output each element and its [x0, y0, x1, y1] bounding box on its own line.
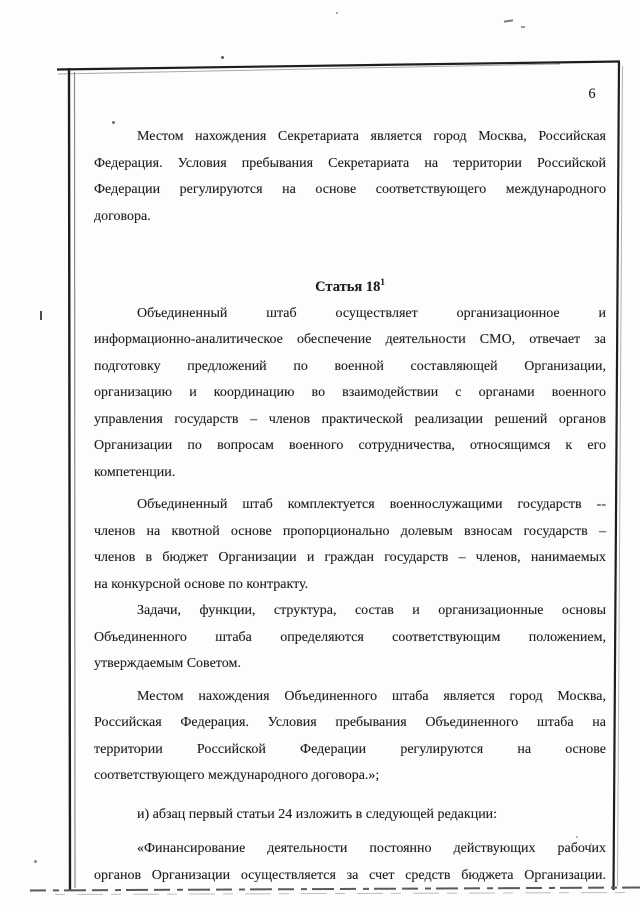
- paragraph-joint-staff-staffing: Объединенный штаб комплектуется военносл…: [94, 492, 606, 598]
- article-heading-superscript: 1: [380, 277, 385, 287]
- scan-border-left-shadow: [75, 72, 76, 888]
- paragraph-joint-staff-structure: Задачи, функции, структура, состав и орг…: [94, 598, 606, 678]
- scanned-page: 6 Местом нахождения Секретариата являетс…: [0, 0, 640, 905]
- paragraph-financing: «Финансирование деятельности постоянно д…: [94, 836, 606, 889]
- paragraph-joint-staff-location: Местом нахождения Объединенного штаба яв…: [94, 684, 606, 790]
- scan-speck: [34, 860, 37, 863]
- scan-speck: [521, 26, 525, 28]
- text-line: Российская Федерация. Условия пребывания…: [94, 710, 606, 737]
- page-number: 6: [580, 86, 604, 103]
- article-heading: Статья 181: [94, 274, 606, 301]
- text-line: Объединенный штаб осуществляет организац…: [94, 301, 606, 328]
- text-line: подготовку предложений по военной состав…: [94, 354, 606, 381]
- text-line: Объединенного штаба определяются соответ…: [94, 625, 606, 652]
- text-line: Задачи, функции, структура, состав и орг…: [94, 598, 606, 625]
- scan-border-right: [614, 62, 620, 890]
- text-line: Организации по вопросам военного сотрудн…: [94, 433, 606, 460]
- text-line: «Финансирование деятельности постоянно д…: [94, 836, 606, 863]
- text-line: территории Российской Федерации регулиру…: [94, 737, 606, 764]
- text-line: утверждаемым Советом.: [94, 651, 606, 678]
- text-line: Местом нахождения Объединенного штаба яв…: [94, 684, 606, 711]
- scan-border-top-shadow: [58, 64, 560, 74]
- paragraph-joint-staff-functions: Объединенный штаб осуществляет организац…: [94, 301, 606, 487]
- text-line: управления государств – членов практичес…: [94, 407, 606, 434]
- text-line: компетенции.: [94, 460, 606, 487]
- text-line: Объединенный штаб комплектуется военносл…: [94, 492, 606, 519]
- text-line: организацию и координацию во взаимодейст…: [94, 380, 606, 407]
- text-line: членов в бюджет Организации и граждан го…: [94, 545, 606, 572]
- text-line: органов Организации осуществляется за сч…: [94, 863, 606, 890]
- paragraph-amendment-clause: и) абзац первый статьи 24 изложить в сле…: [94, 802, 606, 829]
- scan-border-right-shadow: [618, 66, 623, 886]
- scan-speck: [221, 56, 224, 59]
- text-line: Федерация. Условия пребывания Секретариа…: [94, 151, 606, 178]
- scan-speck: [336, 12, 338, 14]
- text-line: членов на квотной основе пропорционально…: [94, 519, 606, 546]
- scan-border-top: [57, 62, 620, 70]
- text-line: соответствующего международного договора…: [94, 763, 606, 790]
- scan-border-left: [69, 68, 70, 890]
- article-heading-text: Статья 18: [315, 279, 380, 295]
- scan-speck: [40, 311, 42, 320]
- text-line: Федерации регулируются на основе соответ…: [94, 177, 606, 204]
- paragraph-secretariat-location: Местом нахождения Секретариата является …: [94, 124, 606, 230]
- document-body: Местом нахождения Секретариата является …: [94, 124, 606, 889]
- scan-cutoff-dashed-shadow: [55, 893, 635, 895]
- text-line: информационно-аналитическое обеспечение …: [94, 327, 606, 354]
- text-line: Местом нахождения Секретариата является …: [94, 124, 606, 151]
- scan-speck: [504, 19, 513, 22]
- text-line: на конкурсной основе по контракту.: [94, 572, 606, 599]
- text-line: договора.: [94, 204, 606, 231]
- text-line: и) абзац первый статьи 24 изложить в сле…: [94, 802, 606, 829]
